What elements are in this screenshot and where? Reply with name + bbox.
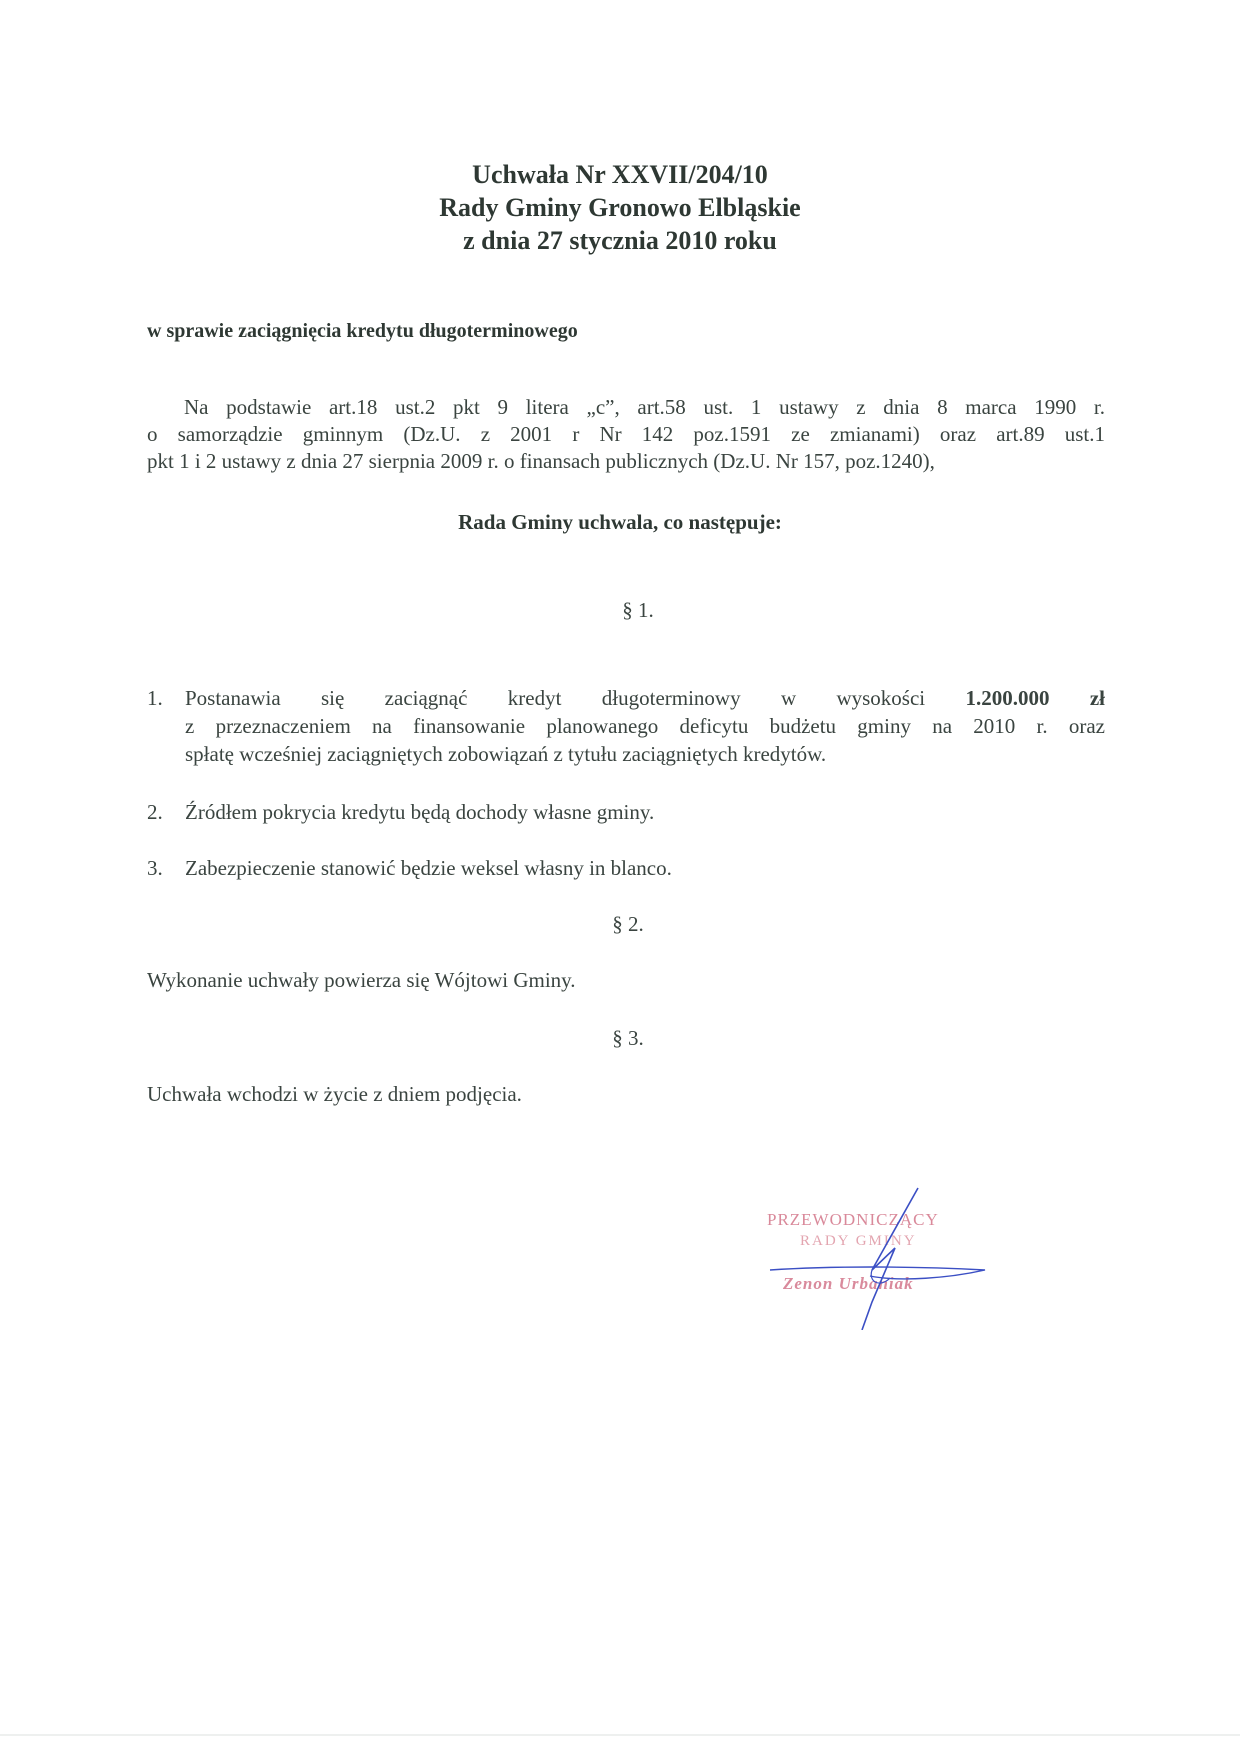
item-text: spłatę wcześniej zaciągniętych zobowiąza… xyxy=(185,740,1105,768)
item-number: 2. xyxy=(147,798,163,826)
item-text: Postanawia się zaciągnąć kredyt długoter… xyxy=(185,686,965,710)
chairman-stamp: PRZEWODNICZĄCY RADY GMINY Zenon Urbaniak xyxy=(740,1170,1000,1330)
item-number: 1. xyxy=(147,684,163,712)
decree-intro: Rada Gminy uchwala, co następuje: xyxy=(0,510,1240,535)
legal-basis: Na podstawie art.18 ust.2 pkt 9 litera „… xyxy=(147,394,1105,475)
title-line-number: Uchwała Nr XXVII/204/10 xyxy=(0,158,1240,191)
section-heading-2: § 2. xyxy=(8,912,1240,937)
item-number: 3. xyxy=(147,854,163,882)
resolution-title: Uchwała Nr XXVII/204/10 Rady Gminy Grono… xyxy=(0,158,1240,257)
legal-basis-line: o samorządzie gminnym (Dz.U. z 2001 r Nr… xyxy=(147,421,1105,448)
title-line-council: Rady Gminy Gronowo Elbląskie xyxy=(0,191,1240,224)
legal-basis-line: pkt 1 i 2 ustawy z dnia 27 sierpnia 2009… xyxy=(147,448,1105,475)
scan-edge xyxy=(0,1734,1240,1736)
resolution-subject: w sprawie zaciągnięcia kredytu długoterm… xyxy=(147,320,578,343)
item-text: z przeznaczeniem na finansowanie planowa… xyxy=(185,712,1105,740)
section-2-text: Wykonanie uchwały powierza się Wójtowi G… xyxy=(147,968,576,993)
section-heading-3: § 3. xyxy=(8,1026,1240,1051)
section-heading-1: § 1. xyxy=(18,598,1240,623)
item-text: Zabezpieczenie stanowić będzie weksel wł… xyxy=(185,854,1105,882)
title-line-date: z dnia 27 stycznia 2010 roku xyxy=(0,224,1240,257)
item-text: Źródłem pokrycia kredytu będą dochody wł… xyxy=(185,798,1105,826)
legal-basis-line: Na podstawie art.18 ust.2 pkt 9 litera „… xyxy=(147,394,1105,421)
document-page: Uchwała Nr XXVII/204/10 Rady Gminy Grono… xyxy=(0,0,1240,1738)
signature-icon xyxy=(740,1170,1000,1330)
section-3-text: Uchwała wchodzi w życie z dniem podjęcia… xyxy=(147,1082,522,1107)
loan-amount: 1.200.000 zł xyxy=(965,686,1105,710)
